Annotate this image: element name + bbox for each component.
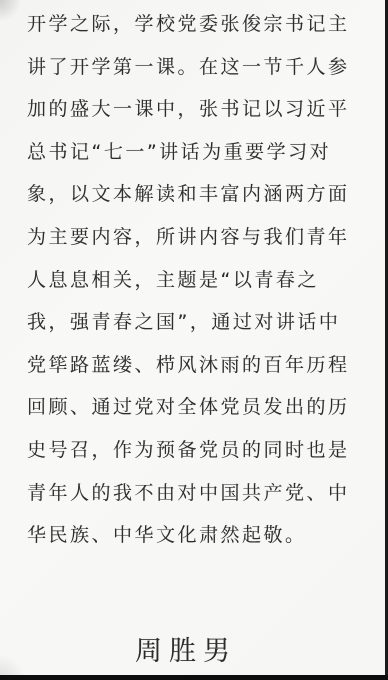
handwritten-essay-page: 开学之际，学校党委张俊宗书记主 讲了开学第一课。在这一节千人参 加的盛大一课中，…: [0, 0, 388, 680]
handwritten-text-line: 我，强青春之国”，通过对讲话中: [27, 301, 363, 344]
handwritten-text-line: 讲了开学第一课。在这一节千人参: [27, 46, 363, 89]
handwritten-text-line: 党筚路蓝缕、栉风沐雨的百年历程: [27, 344, 363, 387]
handwritten-text-line: 史号召，作为预备党员的同时也是: [27, 429, 363, 472]
essay-body: 开学之际，学校党委张俊宗书记主 讲了开学第一课。在这一节千人参 加的盛大一课中，…: [27, 3, 363, 557]
handwritten-text-line: 总书记“七一”讲话为重要学习对: [27, 131, 363, 174]
photo-edge-bottom: [0, 675, 388, 680]
signature-name: 周胜男: [0, 629, 372, 668]
handwritten-text-line: 人息息相关，主题是“以青春之: [27, 259, 363, 302]
handwritten-text-line: 象，以文本解读和丰富内涵两方面: [27, 173, 363, 216]
handwritten-text-line: 为主要内容，所讲内容与我们青年: [27, 216, 363, 259]
handwritten-text-line: 加的盛大一课中，张书记以习近平: [27, 88, 363, 131]
handwritten-text-line: 华民族、中华文化肃然起敬。: [27, 514, 363, 557]
handwritten-text-line: 青年人的我不由对中国共产党、中: [27, 472, 363, 515]
handwritten-text-line: 开学之际，学校党委张俊宗书记主: [27, 3, 363, 46]
handwritten-text-line: 回顾、通过党对全体党员发出的历: [27, 386, 363, 429]
